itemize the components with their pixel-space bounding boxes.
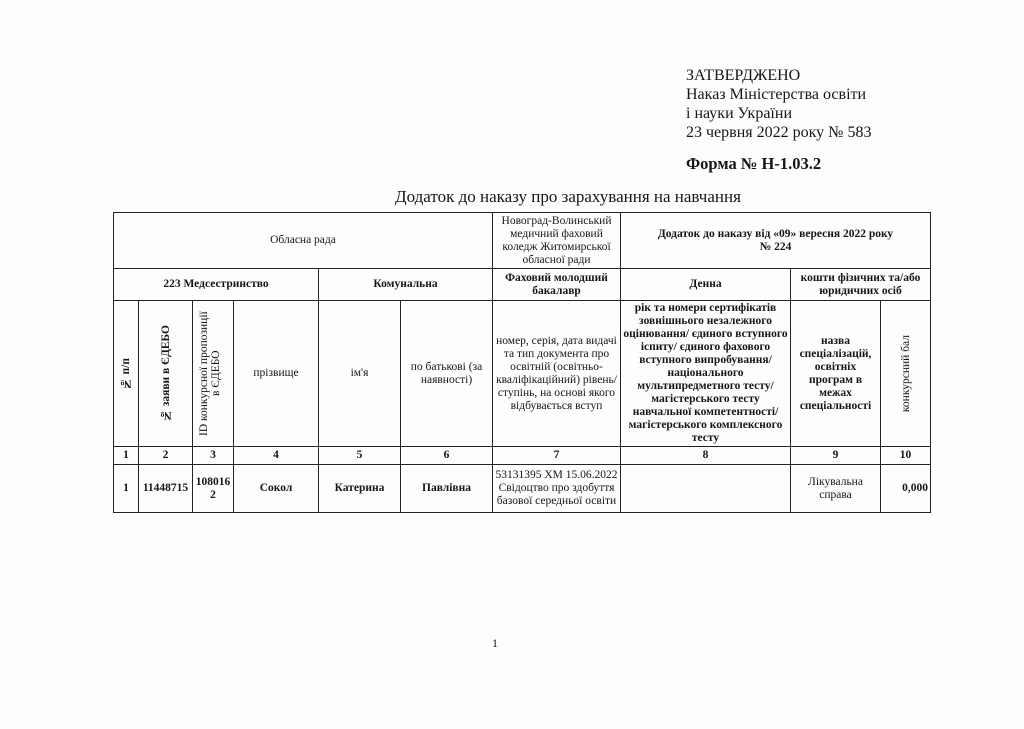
col-header-num: № п/п [114,301,139,447]
degree-cell: Фаховий молодший бакалавр [493,269,621,301]
col-header-application: № заяви в ЄДЕБО [139,301,193,447]
funding-cell: кошти фізичних та/або юридичних осіб [791,269,931,301]
document-title: Додаток до наказу про зарахування на нав… [395,187,741,207]
cell-name: Катерина [319,465,401,513]
specialty-cell: 223 Медсестринство [114,269,319,301]
col-number: 10 [881,447,931,465]
cell-application: 11448715 [139,465,193,513]
header-row-2: 223 Медсестринство Комунальна Фаховий мо… [114,269,931,301]
cell-document: 53131395 ХМ 15.06.2022 Свідоцтво про здо… [493,465,621,513]
col-number: 1 [114,447,139,465]
col-number: 5 [319,447,401,465]
col-number: 8 [621,447,791,465]
col-header-document: номер, серія, дата видачі та тип докумен… [493,301,621,447]
owner-cell: Обласна рада [114,213,493,269]
col-number: 6 [401,447,493,465]
col-number: 3 [193,447,234,465]
table-row: 1 11448715 1080162 Сокол Катерина Павлів… [114,465,931,513]
ownership-cell: Комунальна [319,269,493,301]
col-number: 2 [139,447,193,465]
cell-specialization: Лікувальна справа [791,465,881,513]
order-cell: Додаток до наказу від «09» вересня 2022 … [621,213,931,269]
order-number: № 224 [760,241,792,253]
col-number: 7 [493,447,621,465]
cell-certificates [621,465,791,513]
study-form-cell: Денна [621,269,791,301]
header-row-1: Обласна рада Новоград-Волинський медични… [114,213,931,269]
col-header-patronymic: по батькові (за наявності) [401,301,493,447]
approval-line: Наказ Міністерства освіти [686,85,871,104]
cell-score: 0,000 [881,465,931,513]
page-number: 1 [492,636,498,651]
col-number: 4 [234,447,319,465]
col-number: 9 [791,447,881,465]
institution-cell: Новоград-Волинський медичний фаховий кол… [493,213,621,269]
order-text: Додаток до наказу від «09» вересня 2022 … [658,228,893,240]
approval-line: 23 червня 2022 року № 583 [686,123,871,142]
column-header-row: № п/п № заяви в ЄДЕБО ID конкурсної проп… [114,301,931,447]
column-number-row: 1 2 3 4 5 6 7 8 9 10 [114,447,931,465]
col-header-offer-id: ID конкурсної пропозиції в ЄДЕБО [193,301,234,447]
enrollment-table: Обласна рада Новоград-Волинський медични… [113,212,931,513]
cell-offer-id: 1080162 [193,465,234,513]
col-header-name: ім'я [319,301,401,447]
cell-surname: Сокол [234,465,319,513]
approval-line: і науки України [686,104,871,123]
form-number: Форма № Н-1.03.2 [686,154,821,174]
col-header-specialization: назва спеціалізацій, освітніх програм в … [791,301,881,447]
cell-num: 1 [114,465,139,513]
approval-stamp: ЗАТВЕРДЖЕНО Наказ Міністерства освіти і … [686,66,871,142]
cell-patronymic: Павлівна [401,465,493,513]
col-header-certificates: рік та номери сертифікатів зовнішнього н… [621,301,791,447]
col-header-score: конкурсний бал [881,301,931,447]
approval-line: ЗАТВЕРДЖЕНО [686,66,871,85]
col-header-surname: прізвище [234,301,319,447]
